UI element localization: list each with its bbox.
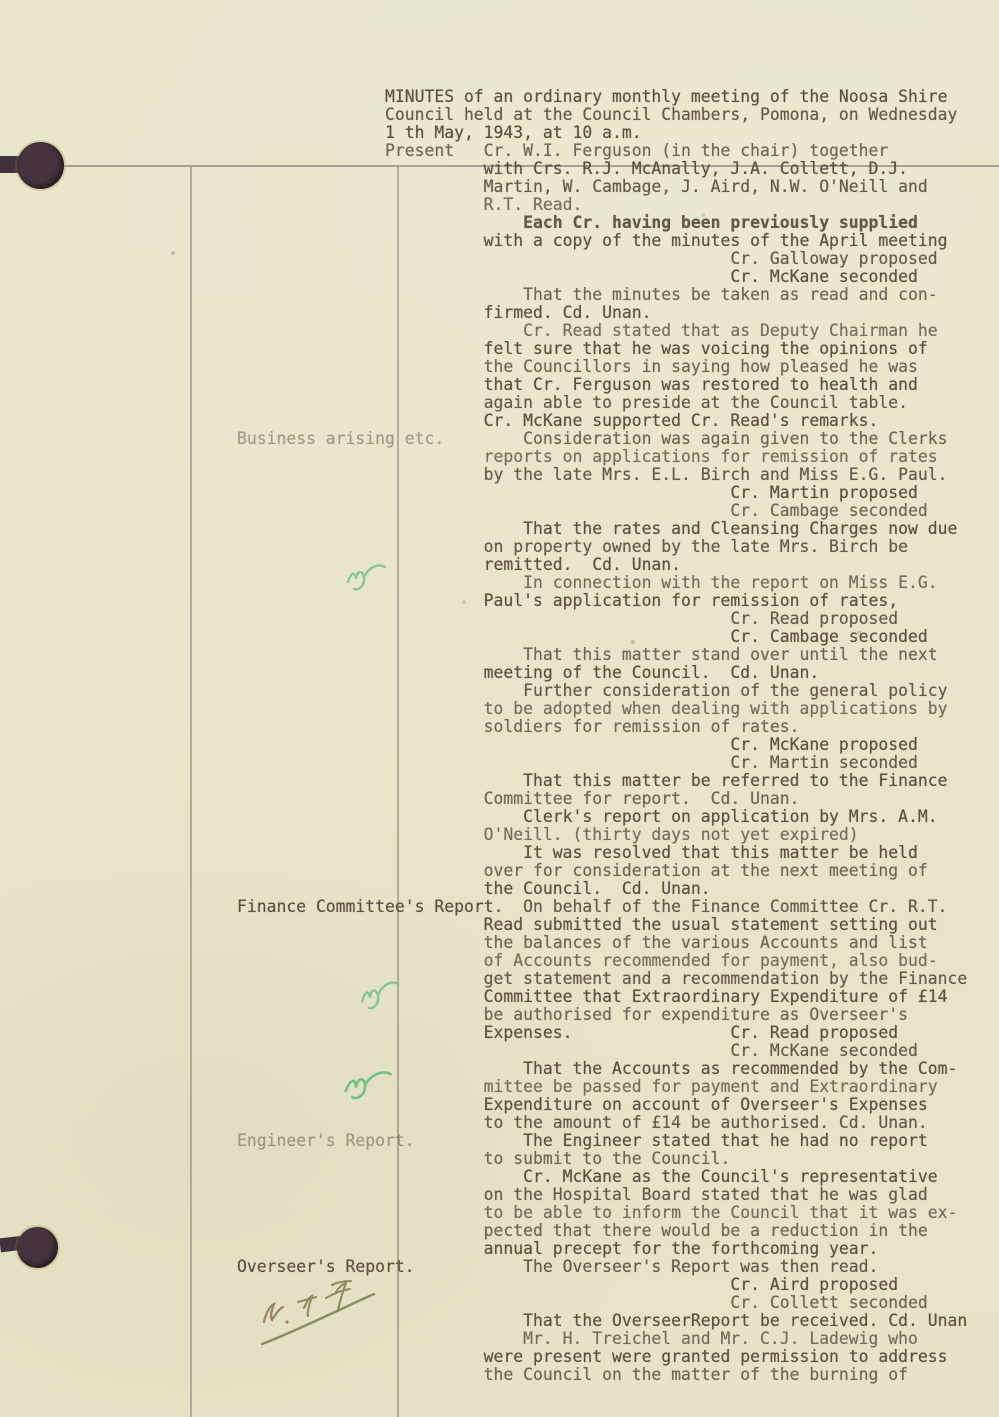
fastener-head: [17, 1227, 58, 1268]
margin-note: Engineer's Report.: [237, 1132, 415, 1150]
typed-line: to be able to inform the Council that it…: [385, 1204, 967, 1222]
typed-line: [385, 1384, 967, 1402]
typed-line: Council held at the Council Chambers, Po…: [385, 106, 967, 124]
typed-line: to submit to the Council.: [385, 1150, 967, 1168]
typed-line: soldiers for remission of rates.: [385, 718, 967, 736]
margin-note: Business arising etc.: [237, 430, 444, 448]
margin-note: Finance Committee's Report.: [237, 898, 503, 916]
typed-line: Each Cr. having been previously supplied: [385, 214, 967, 232]
typed-line: Mr. H. Treichel and Mr. C.J. Ladewig who: [385, 1330, 967, 1348]
green-pencil-mark: [342, 558, 392, 598]
typed-line: felt sure that he was voicing the opinio…: [385, 340, 967, 358]
typed-line: The Engineer stated that he had no repor…: [385, 1132, 967, 1150]
typed-line: Expenses. Cr. Read proposed: [385, 1024, 967, 1042]
typed-line: That the minutes be taken as read and co…: [385, 286, 967, 304]
typed-line: on the Hospital Board stated that he was…: [385, 1186, 967, 1204]
typed-line: on property owned by the late Mrs. Birch…: [385, 538, 967, 556]
scan-specks: [0, 0, 2, 2]
typed-line: Cr. McKane seconded: [385, 1042, 967, 1060]
typed-line: meeting of the Council. Cd. Unan.: [385, 664, 967, 682]
typed-line: Cr. McKane proposed: [385, 736, 967, 754]
typed-line: to the amount of £14 be authorised. Cd. …: [385, 1114, 967, 1132]
typed-line: Cr. McKane seconded: [385, 268, 967, 286]
typed-line: Consideration was again given to the Cle…: [385, 430, 967, 448]
typed-line: were present were granted permission to …: [385, 1348, 967, 1366]
typed-line: the Council. Cd. Unan.: [385, 880, 967, 898]
typed-line: That this matter be referred to the Fina…: [385, 772, 967, 790]
ruled-line-vertical-left: [190, 165, 192, 1417]
typed-line: Committee that Extraordinary Expenditure…: [385, 988, 967, 1006]
typed-line: Paul's application for remission of rate…: [385, 592, 967, 610]
typed-line: Cr. Cambage seconded: [385, 628, 967, 646]
typed-line: That the OverseerReport be received. Cd.…: [385, 1312, 967, 1330]
typed-line: Cr. Read stated that as Deputy Chairman …: [385, 322, 967, 340]
typed-line: Cr. Aird proposed: [385, 1276, 967, 1294]
typed-line: annual precept for the forthcoming year.: [385, 1240, 967, 1258]
typed-line: 1 th May, 1943, at 10 a.m.: [385, 124, 967, 142]
typed-line: Expenditure on account of Overseer's Exp…: [385, 1096, 967, 1114]
typed-line: with Crs. R.J. McAnally, J.A. Collett, D…: [385, 160, 967, 178]
typed-line: That this matter stand over until the ne…: [385, 646, 967, 664]
typed-line: Further consideration of the general pol…: [385, 682, 967, 700]
typed-line: again able to preside at the Council tab…: [385, 394, 967, 412]
fastener-head: [17, 142, 64, 189]
typed-line: Martin, W. Cambage, J. Aird, N.W. O'Neil…: [385, 178, 967, 196]
typed-line: the balances of the various Accounts and…: [385, 934, 967, 952]
typed-line: Cr. Collett seconded: [385, 1294, 967, 1312]
green-pencil-mark: [355, 974, 408, 1017]
typed-minutes-text: MINUTES of an ordinary monthly meeting o…: [385, 88, 967, 1402]
typed-line: pected that there would be a reduction i…: [385, 1222, 967, 1240]
typed-line: That the Accounts as recommended by the …: [385, 1060, 967, 1078]
typed-line: over for consideration at the next meeti…: [385, 862, 967, 880]
typed-line: It was resolved that this matter be held: [385, 844, 967, 862]
typed-line: Cr. Cambage seconded: [385, 502, 967, 520]
typed-line: Cr. Read proposed: [385, 610, 967, 628]
typed-line: In connection with the report on Miss E.…: [385, 574, 967, 592]
typed-line: be authorised for expenditure as Oversee…: [385, 1006, 967, 1024]
typed-line: of Accounts recommended for payment, als…: [385, 952, 967, 970]
green-pencil-mark: [339, 1063, 397, 1110]
typed-line: mittee be passed for payment and Extraor…: [385, 1078, 967, 1096]
typed-line: Clerk's report on application by Mrs. A.…: [385, 808, 967, 826]
typed-line: MINUTES of an ordinary monthly meeting o…: [385, 88, 967, 106]
typed-line: remitted. Cd. Unan.: [385, 556, 967, 574]
scanned-page: MINUTES of an ordinary monthly meeting o…: [0, 0, 999, 1417]
typed-line: Committee for report. Cd. Unan.: [385, 790, 967, 808]
typed-line: by the late Mrs. E.L. Birch and Miss E.G…: [385, 466, 967, 484]
typed-line: that Cr. Ferguson was restored to health…: [385, 376, 967, 394]
typed-line: the Council on the matter of the burning…: [385, 1366, 967, 1384]
typed-line: Read submitted the usual statement setti…: [385, 916, 967, 934]
typed-line: Cr. Martin seconded: [385, 754, 967, 772]
typed-line: The Overseer's Report was then read.: [385, 1258, 967, 1276]
typed-line: Cr. Martin proposed: [385, 484, 967, 502]
typed-line: Present Cr. W.I. Ferguson (in the chair)…: [385, 142, 967, 160]
typed-line: to be adopted when dealing with applicat…: [385, 700, 967, 718]
typed-line: O'Neill. (thirty days not yet expired): [385, 826, 967, 844]
handwritten-initials: [252, 1274, 382, 1356]
typed-line: R.T. Read.: [385, 196, 967, 214]
typed-line: Cr. Galloway proposed: [385, 250, 967, 268]
typed-line: Cr. McKane supported Cr. Read's remarks.: [385, 412, 967, 430]
typed-line: That the rates and Cleansing Charges now…: [385, 520, 967, 538]
typed-line: get statement and a recommendation by th…: [385, 970, 967, 988]
typed-line: reports on applications for remission of…: [385, 448, 967, 466]
typed-line: firmed. Cd. Unan.: [385, 304, 967, 322]
typed-line: Cr. McKane as the Council's representati…: [385, 1168, 967, 1186]
typed-line: with a copy of the minutes of the April …: [385, 232, 967, 250]
typed-line: the Councillors in saying how pleased he…: [385, 358, 967, 376]
